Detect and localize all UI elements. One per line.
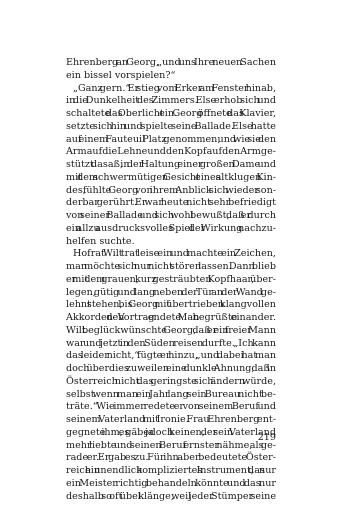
text-line: lehnt stehen, bis Georg mit übertrieben … — [66, 299, 276, 312]
text-line: ein bissel vorspielen?“ — [66, 70, 276, 83]
text-line: mit dem schwermütigen Gesicht eines altk… — [66, 172, 276, 185]
text-line: ein Meister richtig behandeln könnte und… — [66, 478, 276, 491]
text-line: legen, gütig und lang neben der Tür an d… — [66, 287, 276, 300]
text-line: des, fühlte Georg von ihrem Anblick sich… — [66, 185, 276, 198]
text-line: doch überdies zuweilen eine dunkle Ahnun… — [66, 363, 276, 376]
text-line: mehr liebte und seinen Beruf ernster näh… — [66, 440, 276, 453]
text-line: derbar gerührt. Er war heute nicht sehr … — [66, 197, 276, 210]
text-line: auf einem Fauteuil Platz genommen, und w… — [66, 134, 276, 147]
text-line: seinem Vaterland mit Ironie. Frau Ehrenb… — [66, 414, 276, 427]
book-page: Ehrenberg an Georg, „und uns Ihre neuen … — [0, 0, 361, 512]
text-line: Hofrat Wilt trat leise ein und machte ei… — [66, 248, 276, 261]
text-line: Österreich nicht das geringste sich ände… — [66, 376, 276, 389]
page-number: 219 — [249, 432, 276, 443]
text-line: von seiner Ballade und sich wohl bewußt,… — [66, 210, 276, 223]
text-line: schaltete das Oberlicht ein. Georg öffne… — [66, 108, 276, 121]
text-line: Wilt beglückwünschte Georg, daß er ein f… — [66, 325, 276, 338]
text-line: gegnete ihm, es gäbe ja doch keinen, der… — [66, 427, 276, 440]
text-line: er mit dem grauen, kurz gesträubten Kopf… — [66, 274, 276, 287]
text-line: träte.“ Wie immer redete er von seinem B… — [66, 401, 276, 414]
text-line: ein allzu ausdrucksvolles Spiel der Wirk… — [66, 223, 276, 236]
text-line: rade er. Er gab es zu. Für ihn aber bede… — [66, 452, 276, 465]
text-line: in die Dunkelheit des Zimmers. Else erho… — [66, 95, 276, 108]
text-line: stützt dasaß, in der Haltung einer große… — [66, 159, 276, 172]
text-line: „Ganz gern.“ Er stieg vom Erker am Fenst… — [66, 83, 276, 96]
text-line: Akkorden den Vortrag endete. Man begrüßt… — [66, 312, 276, 325]
text-line: das leider nicht,“ fügte er hinzu, „und … — [66, 350, 276, 363]
text-line: Ehrenberg an Georg, „und uns Ihre neuen … — [66, 57, 276, 70]
body-text: Ehrenberg an Georg, „und uns Ihre neuen … — [66, 57, 276, 503]
text-line: helfen suchte. — [66, 236, 276, 249]
text-line: war und jetzt in den Süden reisen durfte… — [66, 338, 276, 351]
text-line: deshalb so oft übel klänge, weil jeder S… — [66, 491, 276, 504]
text-line: setzte sich hin und spielte seine Ballad… — [66, 121, 276, 134]
text-line: selbst wenn man ein Jahr lang sein Burea… — [66, 389, 276, 402]
text-line: man möchte sich nur nicht stören lassen.… — [66, 261, 276, 274]
text-line: Arm auf die Lehne und den Kopf auf den A… — [66, 146, 276, 159]
text-line: reich ein unendlich kompliziertes Instru… — [66, 465, 276, 478]
